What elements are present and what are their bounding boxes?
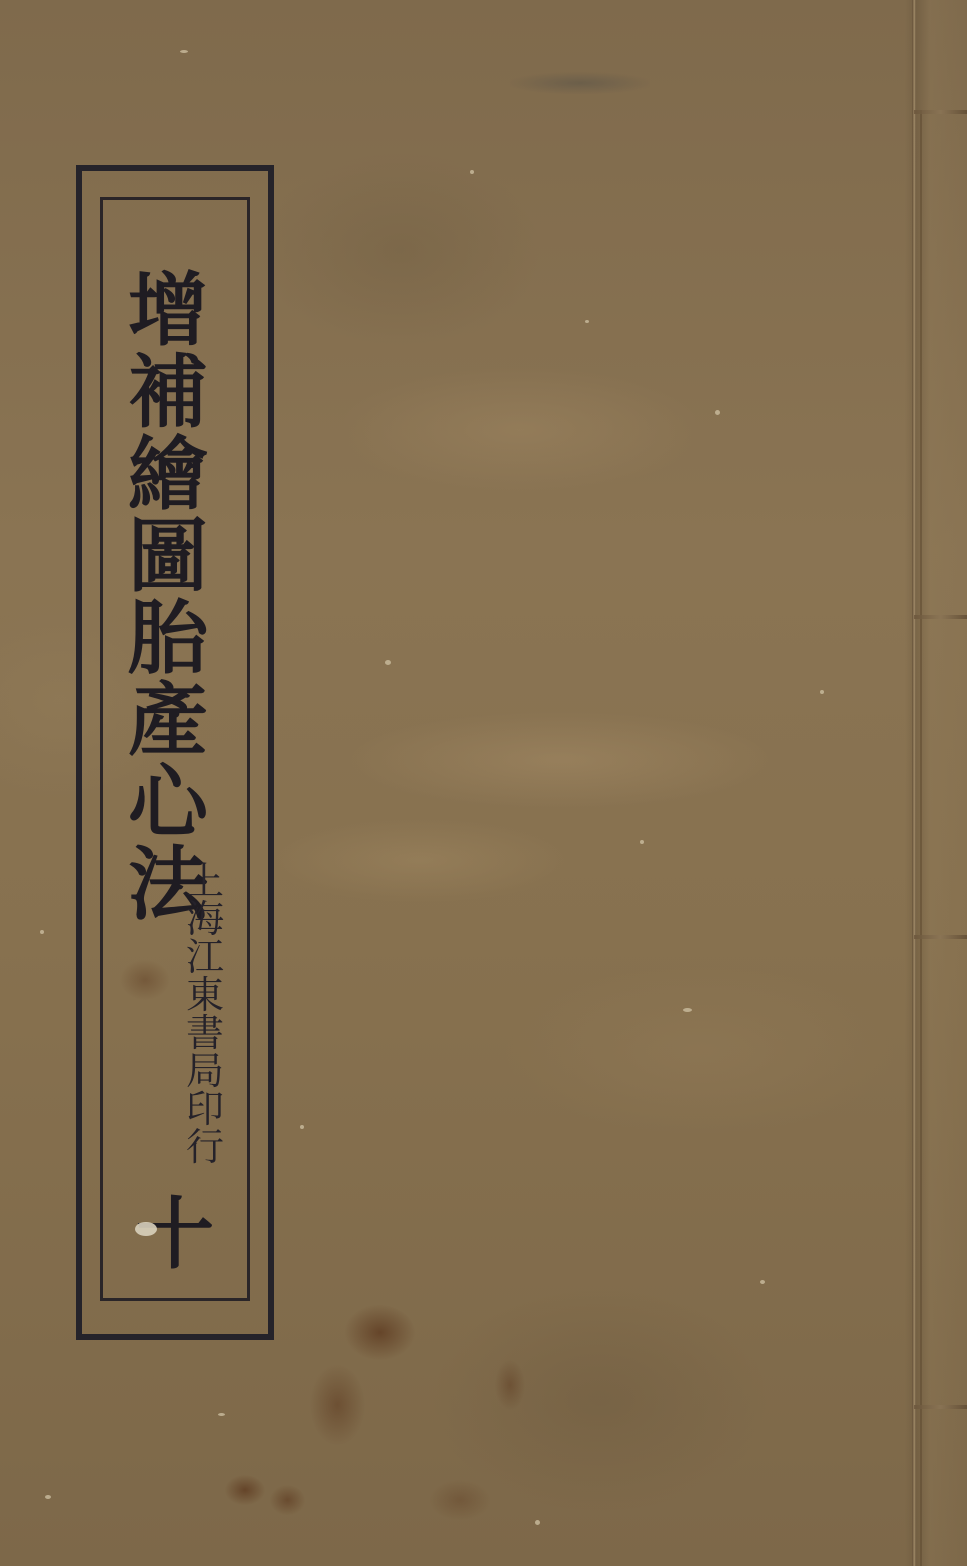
publisher-char: 上 (186, 862, 224, 900)
binding-stitch (914, 1405, 967, 1409)
publisher-char: 海 (186, 900, 224, 938)
paper-speck (40, 930, 44, 934)
paper-speck (45, 1495, 51, 1499)
paper-speck (470, 170, 474, 174)
publisher-char: 印 (186, 1090, 224, 1128)
paper-speck (683, 1008, 692, 1012)
publisher-char: 局 (186, 1052, 224, 1090)
publisher-imprint: 上 海 江 東 書 局 印 行 (180, 862, 230, 1166)
title-char: 增 (128, 270, 208, 352)
spine-fold-line (920, 110, 922, 1566)
publisher-char: 東 (186, 976, 224, 1014)
paper-wear-spot (135, 1222, 157, 1236)
binding-stitch (914, 615, 967, 619)
paper-speck (180, 50, 188, 53)
water-stain (495, 1360, 525, 1410)
water-stain (430, 1480, 490, 1520)
ink-smudge (510, 72, 650, 94)
water-stain (270, 1485, 305, 1515)
paper-speck (585, 320, 589, 323)
book-cover: 增 補 繪 圖 胎 產 心 法 上 海 江 東 書 局 印 行 十 (0, 0, 967, 1566)
spine-fold-line (912, 0, 916, 1566)
title-char: 胎 (128, 598, 208, 680)
water-stain (310, 1365, 365, 1445)
water-stain (225, 1475, 265, 1505)
title-char: 產 (128, 680, 208, 762)
binding-stitch (914, 935, 967, 939)
paper-speck (760, 1280, 765, 1284)
title-char: 圖 (128, 516, 208, 598)
paper-speck (820, 690, 824, 694)
publisher-char: 江 (186, 938, 224, 976)
binding-stitch (914, 110, 967, 114)
book-title: 增 補 繪 圖 胎 產 心 法 (118, 270, 218, 926)
publisher-char: 書 (186, 1014, 224, 1052)
paper-speck (300, 1125, 304, 1129)
title-char: 補 (128, 352, 208, 434)
paper-speck (715, 410, 720, 415)
paper-speck (535, 1520, 540, 1525)
water-stain (345, 1305, 415, 1360)
title-char: 心 (128, 762, 208, 844)
publisher-char: 行 (186, 1128, 224, 1166)
title-char: 繪 (128, 434, 208, 516)
paper-speck (218, 1413, 225, 1416)
paper-speck (385, 660, 391, 665)
paper-speck (640, 840, 644, 844)
